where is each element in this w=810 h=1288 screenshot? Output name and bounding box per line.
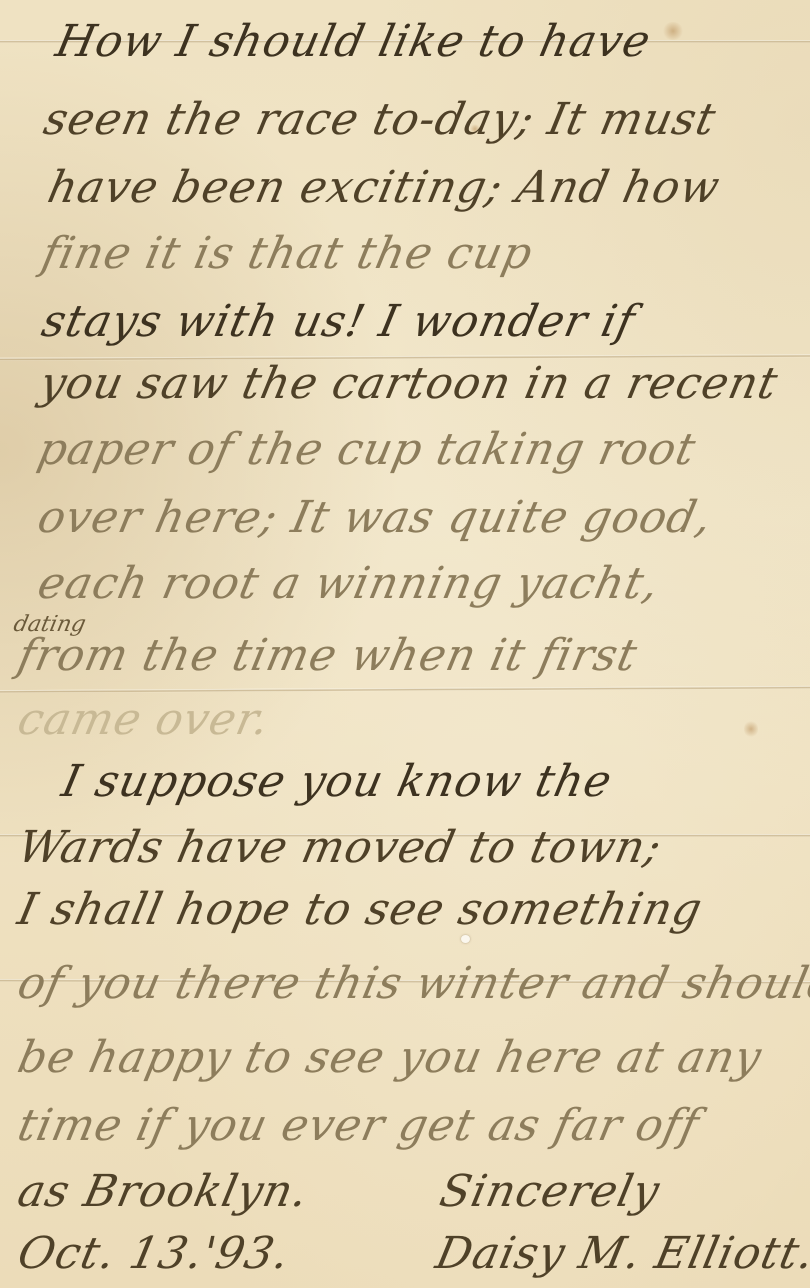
letter-line: Wards have moved to town; — [14, 826, 666, 870]
letter-date: Oct. 13.'93. — [14, 1232, 294, 1276]
letter-line: as Brooklyn. — [14, 1170, 312, 1214]
letter-line: each root a winning yacht, — [34, 562, 663, 606]
letter-line: I shall hope to see something — [14, 888, 706, 932]
letter-line: came over. — [14, 698, 274, 742]
letter-line: paper of the cup taking root — [34, 428, 700, 472]
letter-line: How I should like to have — [52, 20, 655, 64]
letter-line: seen the race to-day; It must — [40, 98, 720, 142]
letter-closing: Sincerely — [436, 1170, 664, 1214]
letter-line: fine it is that the cup — [38, 232, 537, 276]
letter-line: from the time when it first — [14, 634, 641, 678]
letter-line: of you there this winter and should — [14, 962, 810, 1006]
letter-line: I suppose you know the — [58, 760, 616, 804]
letter-page: How I should like to have seen the race … — [0, 0, 810, 1288]
letter-line: you saw the cartoon in a recent — [36, 362, 782, 406]
letter-line: be happy to see you here at any — [14, 1036, 766, 1080]
letter-line: time if you ever get as far off — [14, 1104, 703, 1148]
letter-signature: Daisy M. Elliott. — [432, 1232, 810, 1276]
letter-line: stays with us! I wonder if — [38, 300, 639, 344]
letter-line: over here; It was quite good, — [34, 496, 716, 540]
letter-line: have been exciting; And how — [44, 166, 724, 210]
letter-body: How I should like to have seen the race … — [0, 0, 810, 1288]
